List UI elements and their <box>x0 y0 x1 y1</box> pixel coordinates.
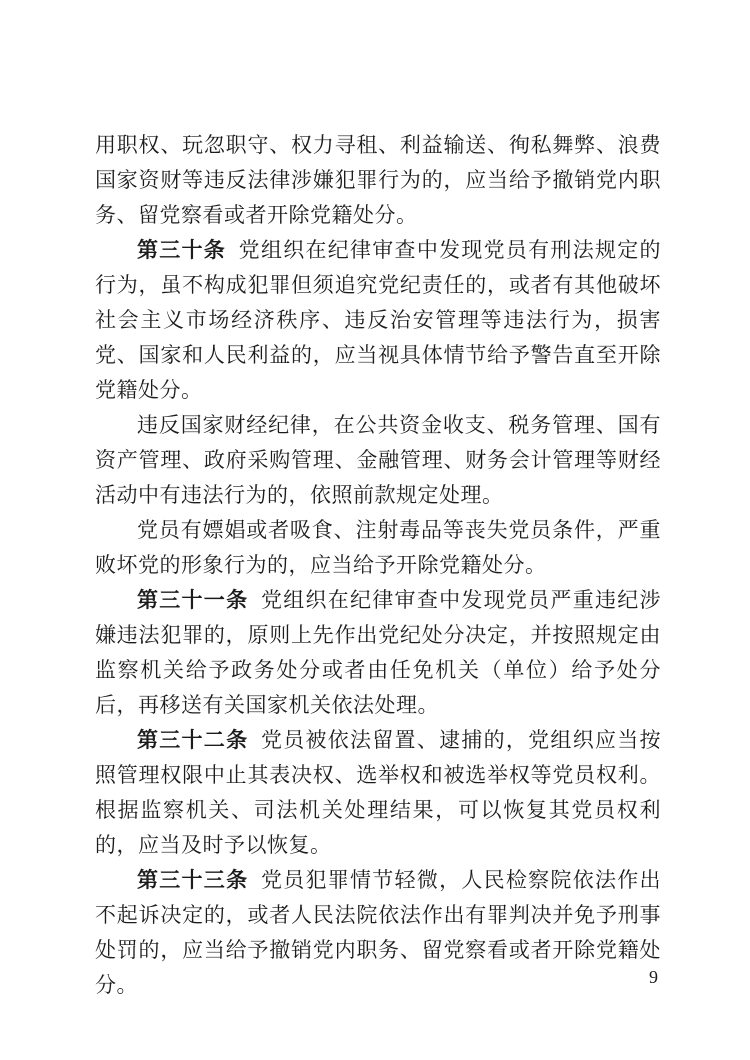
document-page: 用职权、玩忽职守、权力寻租、利益输送、徇私舞弊、浪费国家资财等违反法律涉嫌犯罪行… <box>0 0 750 1060</box>
article-lead: 第三十条 <box>137 238 226 262</box>
article-lead: 第三十三条 <box>137 868 248 892</box>
article-lead: 第三十二条 <box>137 728 248 752</box>
paragraph: 第三十三条党员犯罪情节轻微，人民检察院依法作出不起诉决定的，或者人民法院依法作出… <box>95 863 661 1003</box>
article-lead: 第三十一条 <box>137 588 248 612</box>
page-body-text: 用职权、玩忽职守、权力寻租、利益输送、徇私舞弊、浪费国家资财等违反法律涉嫌犯罪行… <box>95 128 661 1003</box>
paragraph-text: 党员有嫖娼或者吸食、注射毒品等丧失党员条件，严重败坏党的形象行为的，应当给予开除… <box>95 518 661 577</box>
page-number: 9 <box>649 965 658 989</box>
paragraph: 党员有嫖娼或者吸食、注射毒品等丧失党员条件，严重败坏党的形象行为的，应当给予开除… <box>95 513 661 583</box>
paragraph: 第三十二条党员被依法留置、逮捕的，党组织应当按照管理权限中止其表决权、选举权和被… <box>95 723 661 863</box>
paragraph: 用职权、玩忽职守、权力寻租、利益输送、徇私舞弊、浪费国家资财等违反法律涉嫌犯罪行… <box>95 128 661 233</box>
paragraph-text: 党组织在纪律审查中发现党员有刑法规定的行为，虽不构成犯罪但须追究党纪责任的，或者… <box>95 238 661 402</box>
paragraph-text: 用职权、玩忽职守、权力寻租、利益输送、徇私舞弊、浪费国家资财等违反法律涉嫌犯罪行… <box>95 133 661 227</box>
paragraph-text: 违反国家财经纪律，在公共资金收支、税务管理、国有资产管理、政府采购管理、金融管理… <box>95 413 661 507</box>
paragraph: 第三十一条党组织在纪律审查中发现党员严重违纪涉嫌违法犯罪的，原则上先作出党纪处分… <box>95 583 661 723</box>
paragraph: 违反国家财经纪律，在公共资金收支、税务管理、国有资产管理、政府采购管理、金融管理… <box>95 408 661 513</box>
paragraph: 第三十条党组织在纪律审查中发现党员有刑法规定的行为，虽不构成犯罪但须追究党纪责任… <box>95 233 661 408</box>
